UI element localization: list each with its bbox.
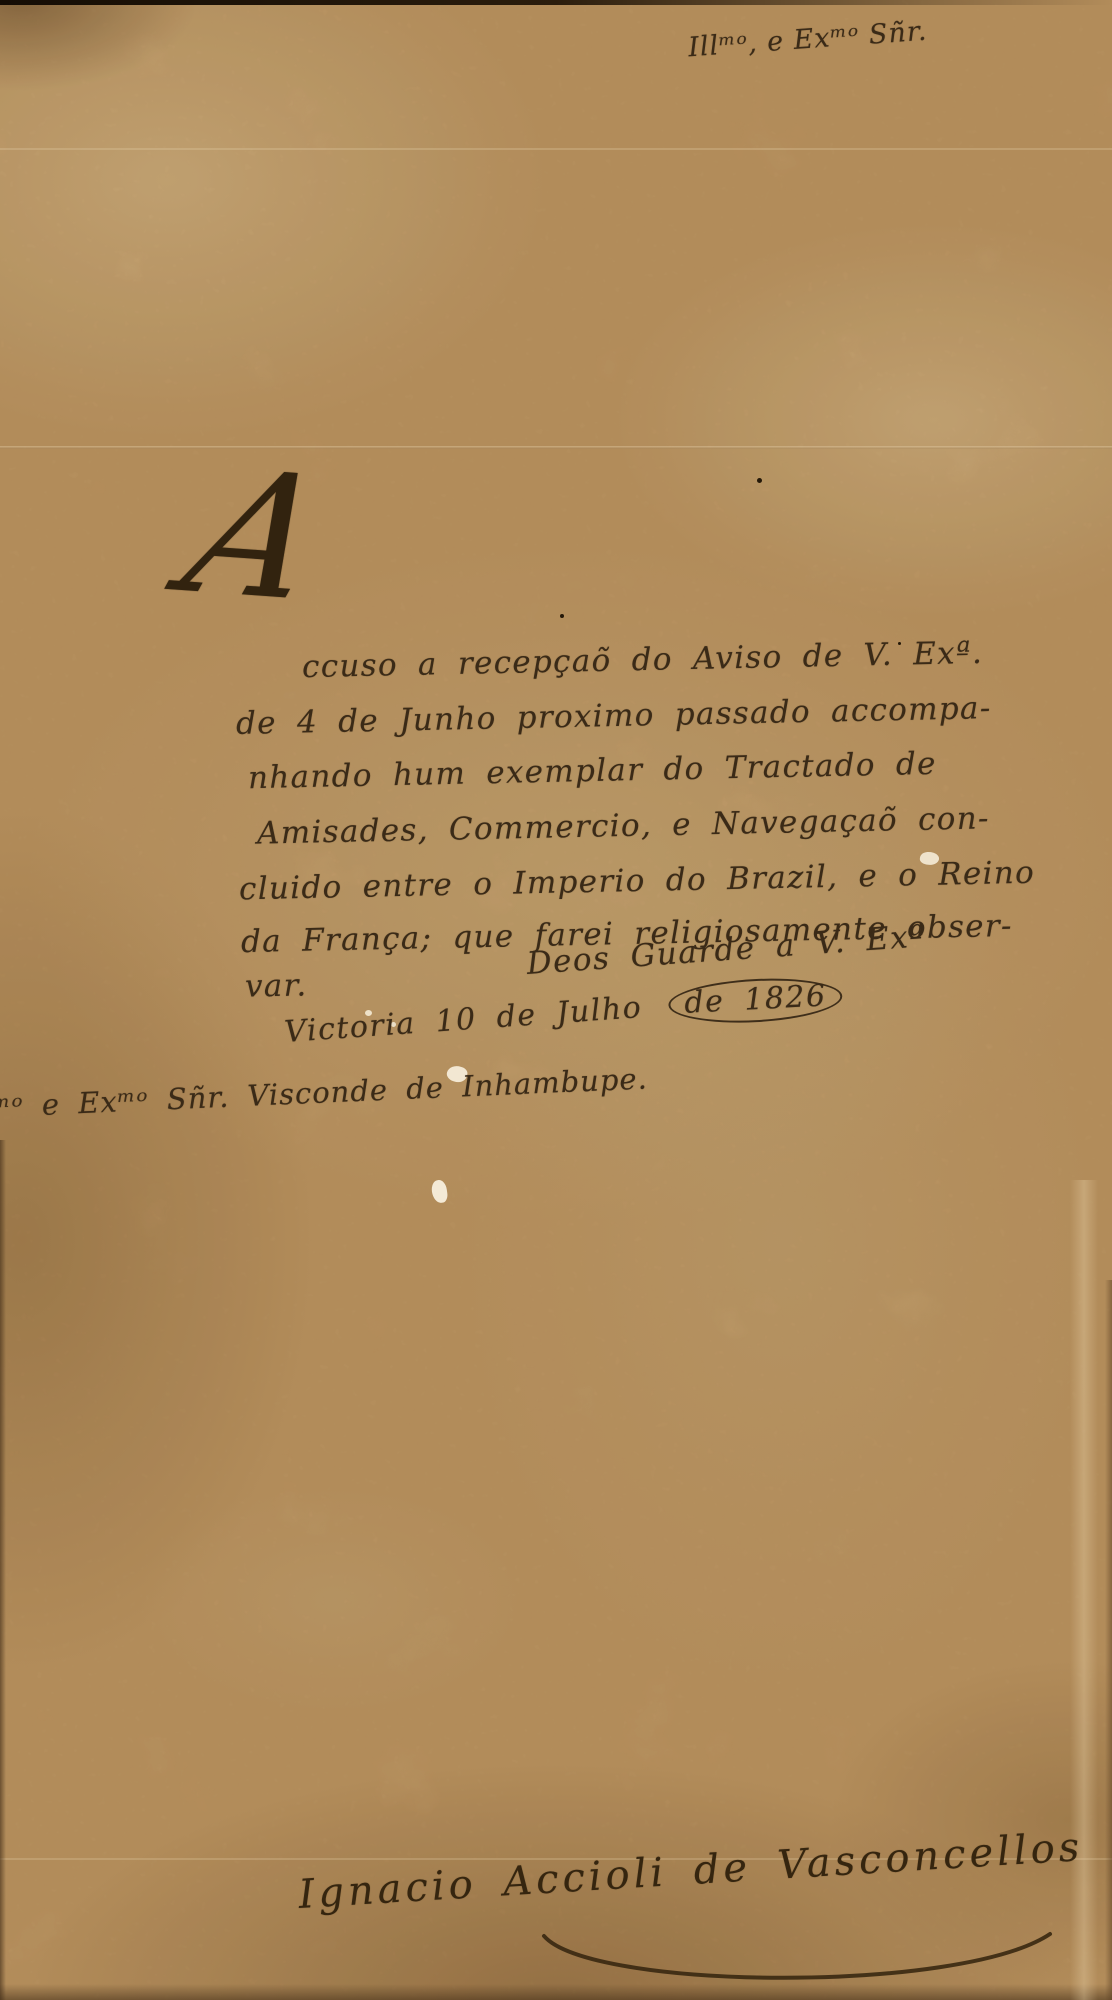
body-line: Amisades, Commercio, e Navegaçaõ con-: [257, 800, 990, 851]
page-right-edge: [1105, 1280, 1112, 2000]
signature-text: Ignacio Accioli de Vasconcellos: [297, 1824, 1084, 1918]
paper-damage-spot: [430, 1179, 448, 1204]
ink-speck: [560, 614, 564, 618]
dateline-place-date: Victoria 10 de Julho: [283, 990, 643, 1050]
ink-speck: [757, 478, 762, 483]
page-bottom-edge: [0, 1984, 1112, 2000]
page-left-edge: [0, 1140, 6, 2000]
fold-crease: [0, 148, 1112, 150]
body-line: cluido entre o Imperio do Brazil, e o Re…: [239, 855, 1036, 908]
dateline: Victoria 10 de Julho de 1826: [283, 973, 844, 1055]
body-line: nhando hum exemplar do Tractado de: [248, 746, 937, 796]
addressee-line: ᵐᵒ e Exᵐᵒ Sñr. Visconde de Inhambupe.: [0, 1061, 648, 1124]
circled-year: de 1826: [667, 975, 843, 1027]
manuscript-page: Illᵐᵒ, e Exᵐᵒ Sñr. A ccuso a recepçaõ do…: [0, 0, 1112, 2000]
body-line: ccuso a recepçaõ do Aviso de V. Exª.: [302, 635, 984, 685]
page-top-edge: [0, 0, 1112, 5]
body-line: de 4 de Junho proximo passado accompa-: [236, 690, 992, 742]
page-right-edge-highlight: [1070, 1180, 1098, 2000]
drop-cap-initial: A: [167, 448, 345, 624]
salutation: Illᵐᵒ, e Exᵐᵒ Sñr.: [687, 16, 928, 64]
fold-crease: [0, 446, 1112, 449]
body-line: var.: [245, 967, 308, 1004]
